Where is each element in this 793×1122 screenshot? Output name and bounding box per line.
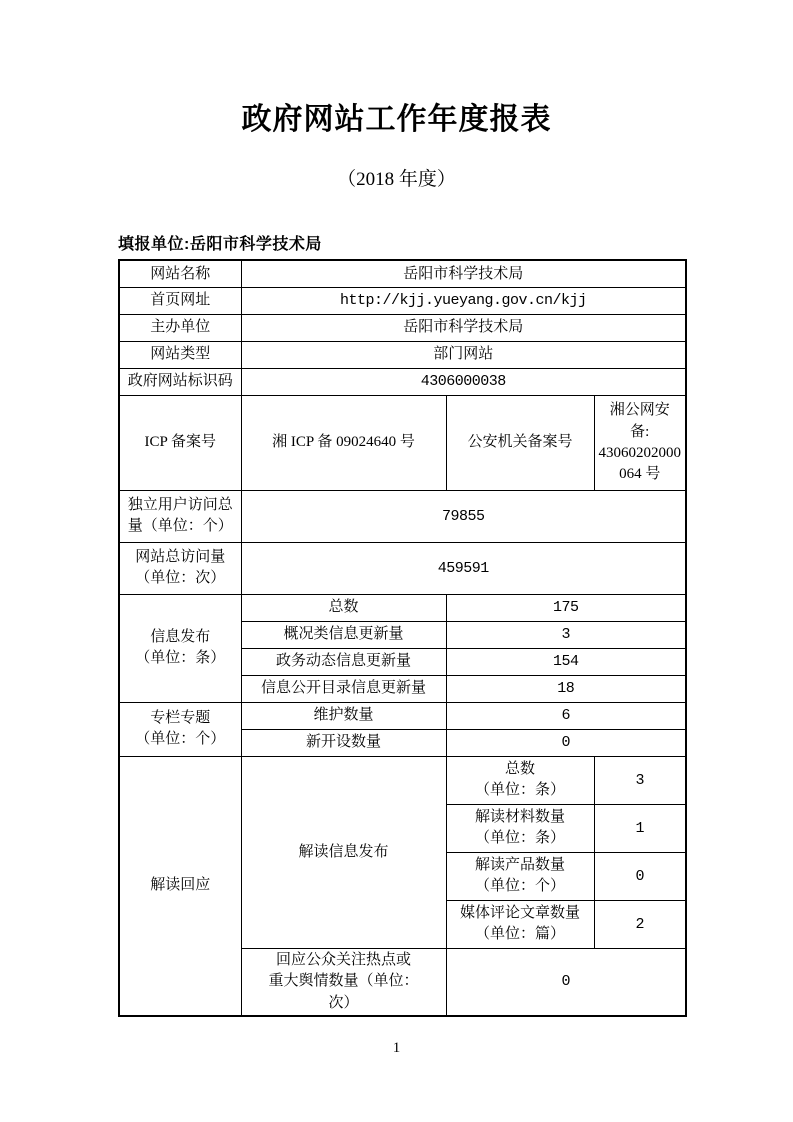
site-type-value: 部门网站 <box>241 341 686 368</box>
icp-record-label: ICP 备案号 <box>119 395 241 490</box>
interpret-product-value: 0 <box>594 852 686 900</box>
table-row: 网站名称 岳阳市科学技术局 <box>119 260 686 287</box>
hotspot-response-value: 0 <box>446 948 686 1015</box>
interpret-material-label: 解读材料数量 （单位：条） <box>446 804 594 852</box>
annual-report-table: 网站名称 岳阳市科学技术局 首页网址 http://kjj.yueyang.go… <box>118 259 687 1016</box>
total-visits-label: 网站总访问量 （单位：次） <box>119 542 241 594</box>
overview-update-value: 3 <box>446 621 686 648</box>
interpret-product-label: 解读产品数量 （单位：个） <box>446 852 594 900</box>
icp-record-value: 湘 ICP 备 09024640 号 <box>241 395 446 490</box>
interpret-total-value: 3 <box>594 756 686 804</box>
gov-news-update-value: 154 <box>446 648 686 675</box>
table-row: 主办单位 岳阳市科学技术局 <box>119 314 686 341</box>
table-row: 网站总访问量 （单位：次） 459591 <box>119 542 686 594</box>
gov-news-update-label: 政务动态信息更新量 <box>241 648 446 675</box>
report-year-subtitle: （2018 年度） <box>0 168 793 192</box>
sponsor-unit-value: 岳阳市科学技术局 <box>241 314 686 341</box>
table-row: 信息发布 （单位：条） 总数 175 <box>119 594 686 621</box>
site-type-label: 网站类型 <box>119 341 241 368</box>
open-catalog-update-label: 信息公开目录信息更新量 <box>241 675 446 702</box>
interpret-total-label: 总数 （单位：条） <box>446 756 594 804</box>
maintained-count-label: 维护数量 <box>241 702 446 729</box>
unique-visitors-label: 独立用户访问总 量（单位：个） <box>119 490 241 542</box>
unique-visitors-value: 79855 <box>241 490 686 542</box>
police-record-value: 湘公网安 备: 43060202000 064 号 <box>594 395 686 490</box>
sponsor-unit-label: 主办单位 <box>119 314 241 341</box>
site-id-code-value: 4306000038 <box>241 368 686 395</box>
open-catalog-update-value: 18 <box>446 675 686 702</box>
table-row: 网站类型 部门网站 <box>119 341 686 368</box>
site-name-label: 网站名称 <box>119 260 241 287</box>
table-row: 独立用户访问总 量（单位：个） 79855 <box>119 490 686 542</box>
table-row: ICP 备案号 湘 ICP 备 09024640 号 公安机关备案号 湘公网安 … <box>119 395 686 490</box>
new-opened-count-label: 新开设数量 <box>241 729 446 756</box>
maintained-count-value: 6 <box>446 702 686 729</box>
table-row: 解读回应 解读信息发布 总数 （单位：条） 3 <box>119 756 686 804</box>
hotspot-response-label: 回应公众关注热点或 重大舆情数量（单位： 次） <box>241 948 446 1015</box>
table-row: 政府网站标识码 4306000038 <box>119 368 686 395</box>
interpret-material-value: 1 <box>594 804 686 852</box>
media-comment-label: 媒体评论文章数量 （单位：篇） <box>446 900 594 948</box>
table-row: 专栏专题 （单位：个） 维护数量 6 <box>119 702 686 729</box>
info-total-label: 总数 <box>241 594 446 621</box>
overview-update-label: 概况类信息更新量 <box>241 621 446 648</box>
interpret-response-group-label: 解读回应 <box>119 756 241 1015</box>
special-columns-group-label: 专栏专题 （单位：个） <box>119 702 241 756</box>
media-comment-value: 2 <box>594 900 686 948</box>
reporting-unit: 填报单位:岳阳市科学技术局 <box>118 235 793 254</box>
total-visits-value: 459591 <box>241 542 686 594</box>
page-title: 政府网站工作年度报表 <box>0 0 793 139</box>
site-id-code-label: 政府网站标识码 <box>119 368 241 395</box>
site-name-value: 岳阳市科学技术局 <box>241 260 686 287</box>
interpret-publish-label: 解读信息发布 <box>241 756 446 948</box>
homepage-url-value: http://kjj.yueyang.gov.cn/kjj <box>241 287 686 314</box>
homepage-url-label: 首页网址 <box>119 287 241 314</box>
new-opened-count-value: 0 <box>446 729 686 756</box>
info-publish-group-label: 信息发布 （单位：条） <box>119 594 241 702</box>
table-row: 首页网址 http://kjj.yueyang.gov.cn/kjj <box>119 287 686 314</box>
police-record-label: 公安机关备案号 <box>446 395 594 490</box>
report-page: 政府网站工作年度报表 （2018 年度） 填报单位:岳阳市科学技术局 网站名称 … <box>0 0 793 1122</box>
page-number: 1 <box>0 1040 793 1057</box>
info-total-value: 175 <box>446 594 686 621</box>
